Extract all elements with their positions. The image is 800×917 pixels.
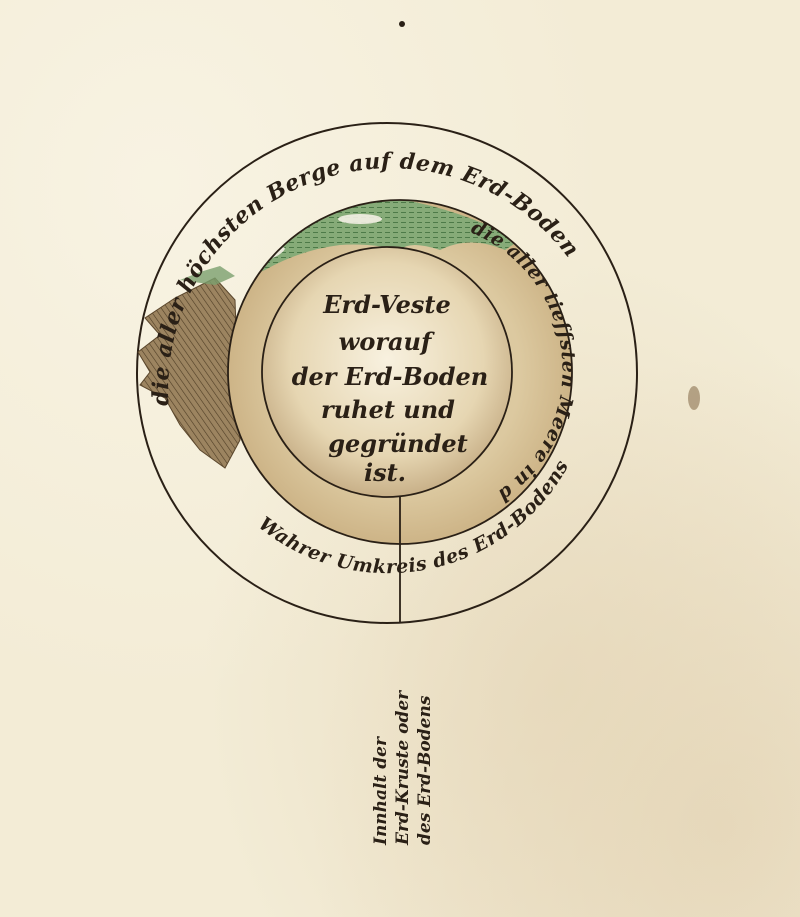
svg-text:worauf: worauf xyxy=(339,327,435,356)
fish-icon xyxy=(338,214,382,224)
earth-diagram: die aller höchsten Berge auf dem Erd-Bod… xyxy=(0,0,800,917)
svg-text:ist.: ist. xyxy=(364,458,406,487)
svg-text:ruhet und: ruhet und xyxy=(321,395,455,424)
svg-text:Erd-Veste: Erd-Veste xyxy=(322,290,451,319)
svg-text:Innhalt der: Innhalt der xyxy=(371,736,391,846)
paper-stain xyxy=(688,386,700,410)
svg-text:gegründet: gegründet xyxy=(328,429,468,458)
radius-label: Innhalt der Erd-Kruste oder des Erd-Bode… xyxy=(371,690,435,846)
ink-speck xyxy=(399,21,405,27)
svg-text:Erd-Kruste oder: Erd-Kruste oder xyxy=(393,690,413,846)
svg-text:der Erd-Boden: der Erd-Boden xyxy=(292,362,489,391)
svg-text:des Erd-Bodens: des Erd-Bodens xyxy=(415,695,435,845)
